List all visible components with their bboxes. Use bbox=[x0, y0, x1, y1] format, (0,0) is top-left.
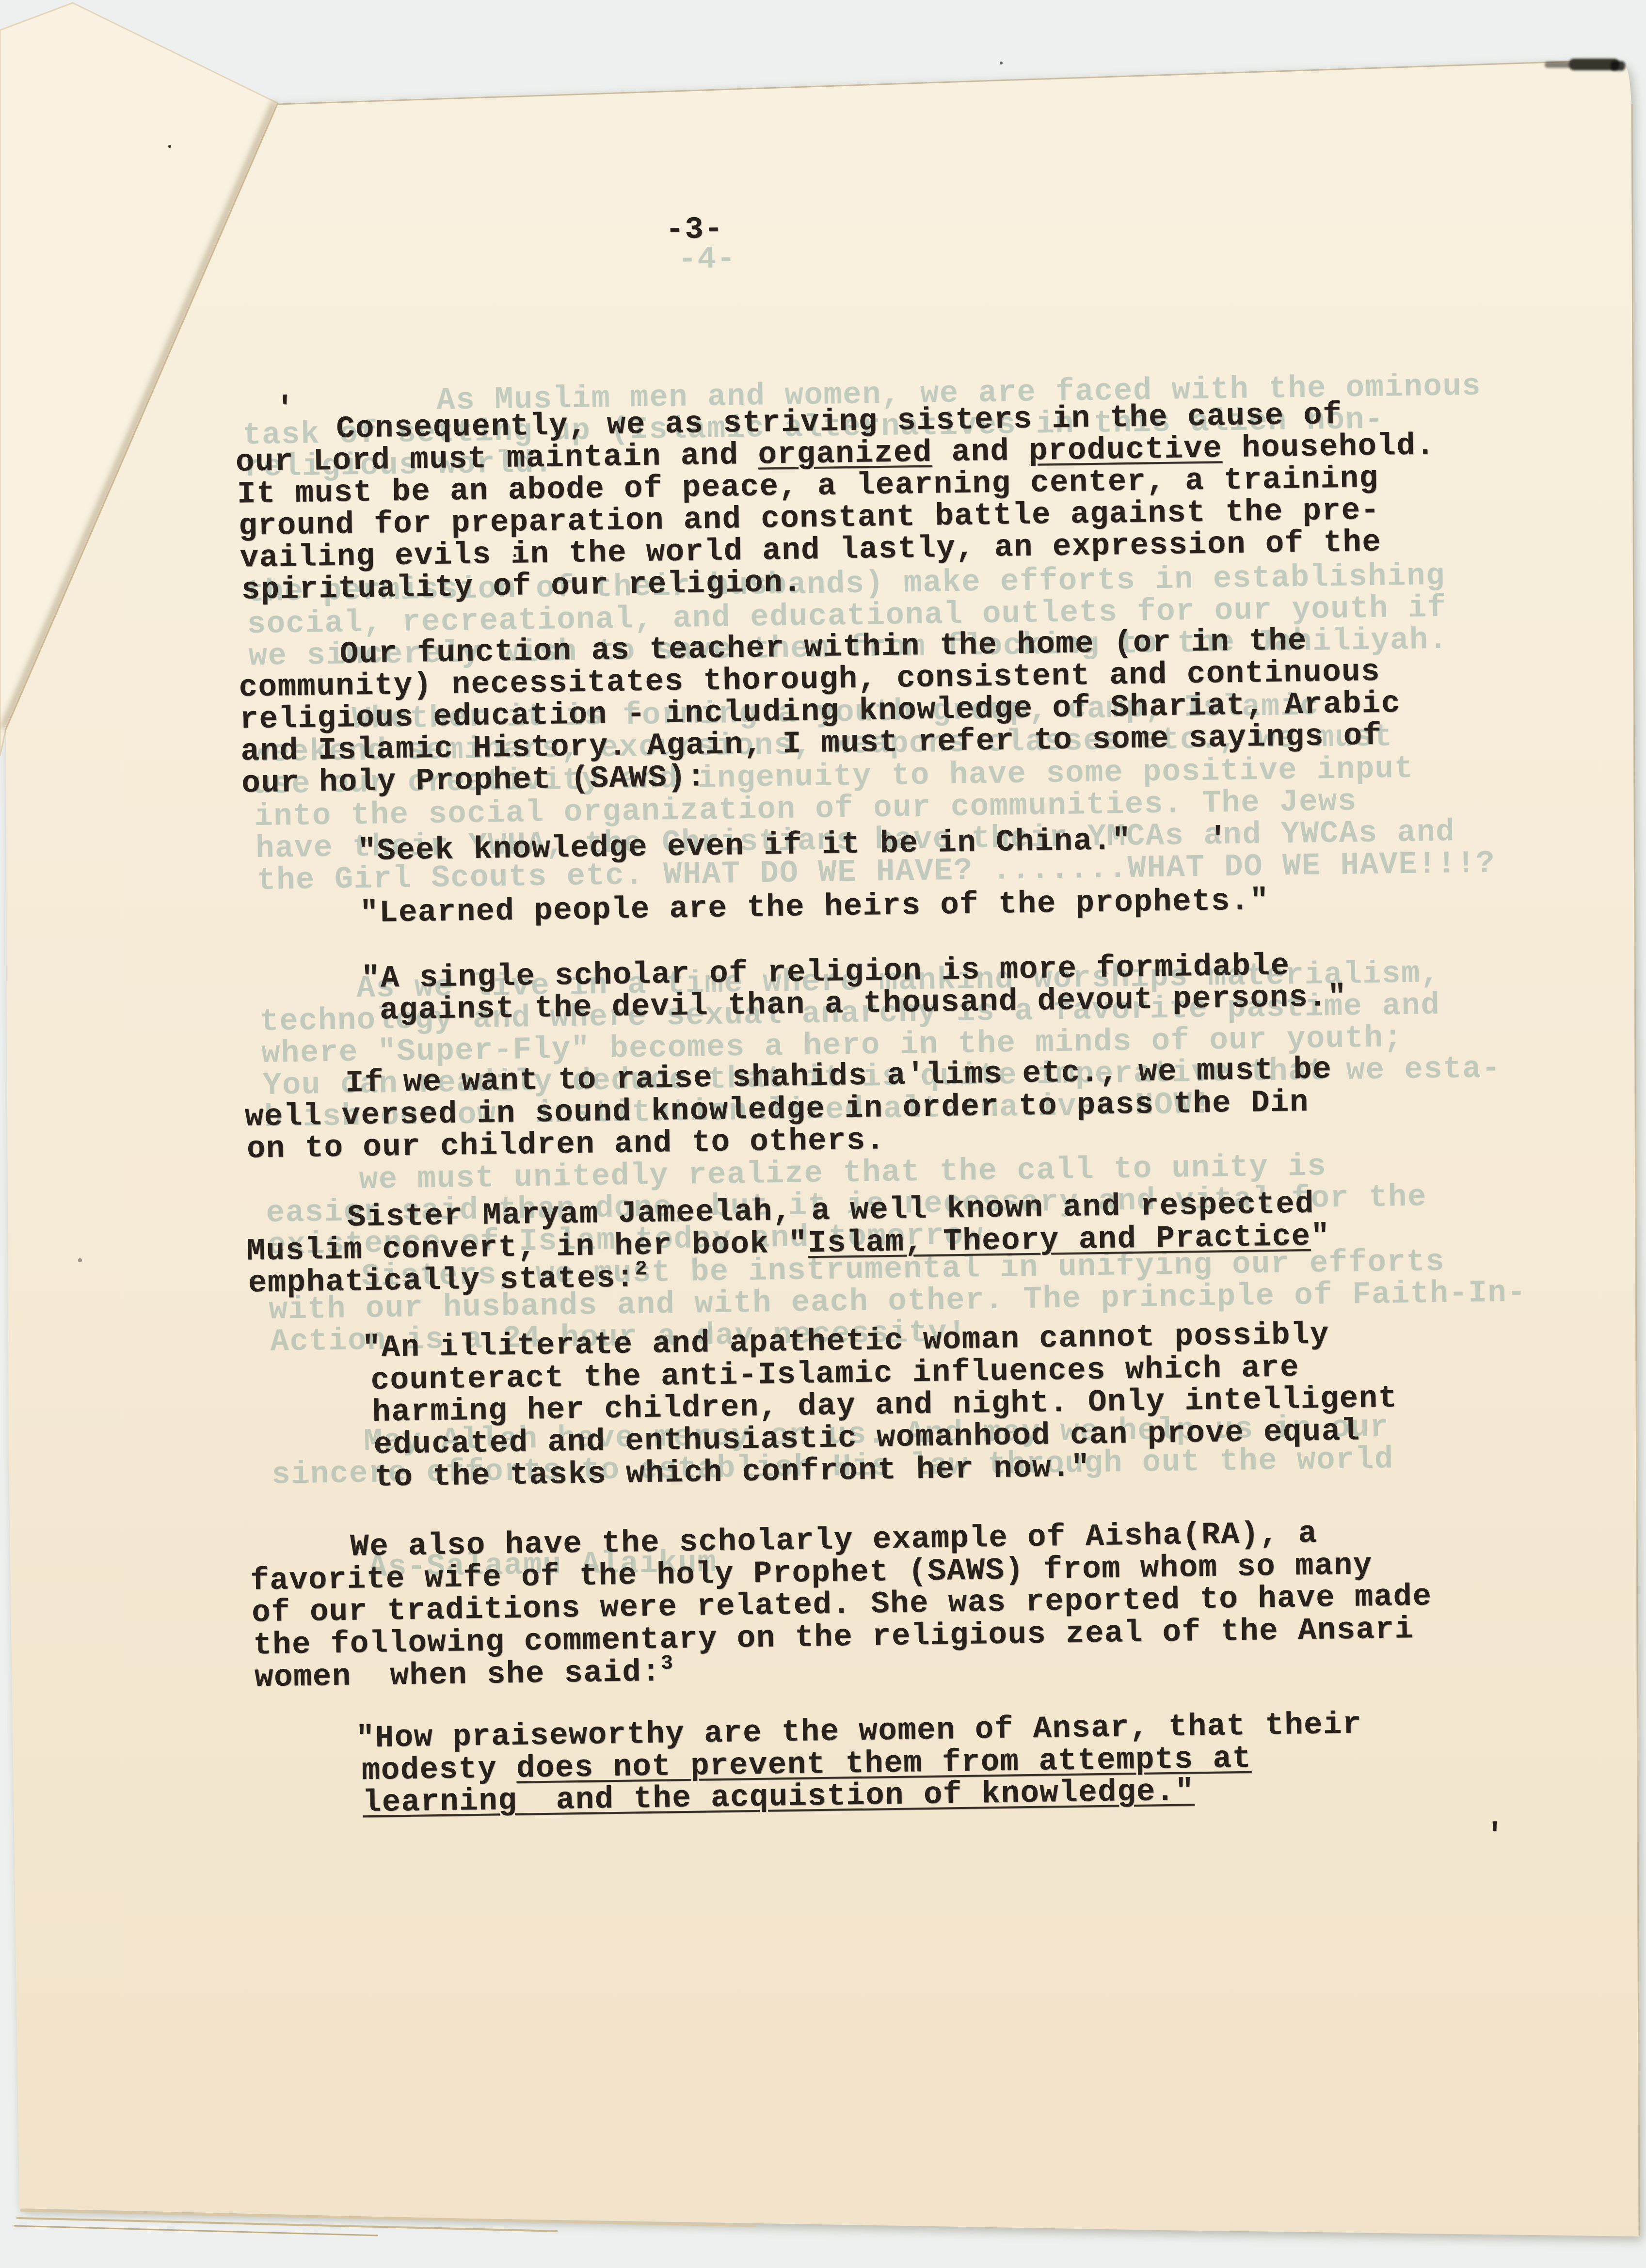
page-sheet bbox=[6, 60, 1639, 2236]
scanned-document-page: -4-As Muslim men and women, we are faced… bbox=[0, 0, 1646, 2268]
corner-ink-smudge bbox=[1611, 61, 1625, 71]
paper-speck bbox=[1000, 62, 1003, 64]
top-edge-ink-smudge-small bbox=[1545, 62, 1571, 68]
paper-artwork bbox=[0, 0, 1646, 2268]
paper-speck bbox=[513, 554, 516, 557]
paper-speck bbox=[168, 145, 171, 148]
paper-speck bbox=[78, 1258, 82, 1262]
